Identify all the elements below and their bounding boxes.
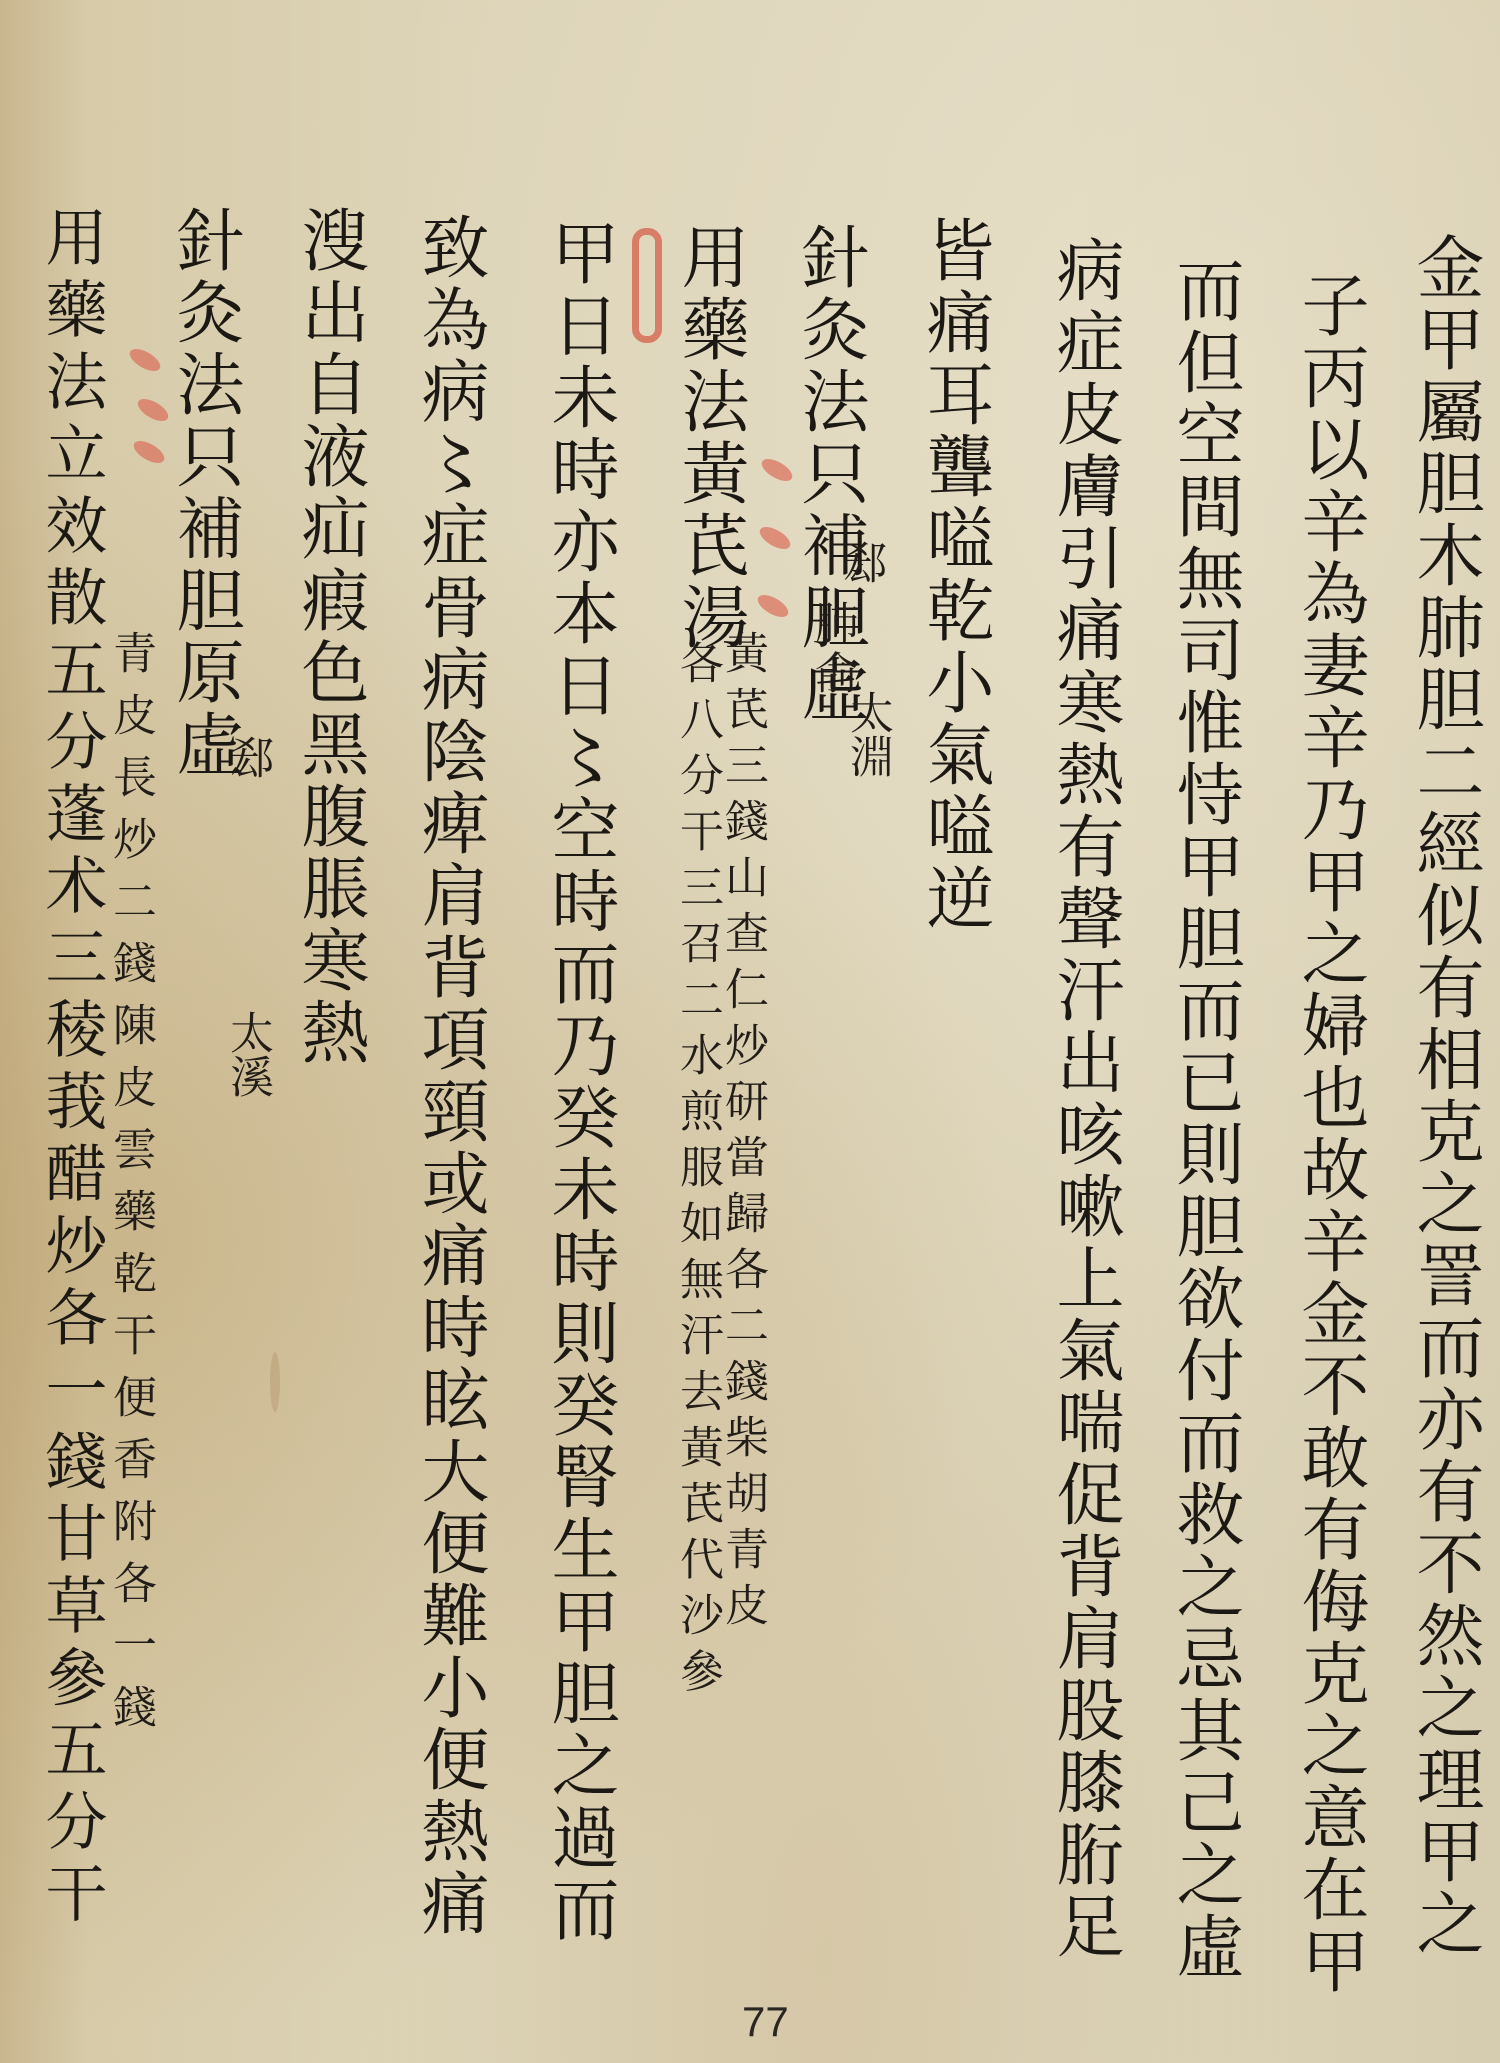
prescription-note-right: 黃芪三錢山查仁炒研當歸各二錢柴胡青皮 <box>720 630 764 1638</box>
red-seal-mark <box>632 228 662 343</box>
annotation-tai-xi: 太溪 <box>225 1010 269 1098</box>
text-column-8: 甲日未時亦本日〻空時而乃癸未時則癸腎生甲胆之過而 <box>545 218 613 1946</box>
text-column-4: 病症皮膚引痛寒熱有聲汗出咳嗽上氣喘促背肩股膝胻足 <box>1050 235 1118 1963</box>
red-punctuation-mark <box>754 591 791 622</box>
manuscript-page: 金甲屬胆木肺胆二經似有相克之詈而亦有不然之理甲之 子丙以辛為妻辛乃甲之婦也故辛金… <box>0 0 1500 2063</box>
text-column-1: 金甲屬胆木肺胆二經似有相克之詈而亦有不然之理甲之 <box>1410 232 1478 1960</box>
prescription-note-col12: 青皮長炒二錢陳皮雲藥乾干便香附各一錢 <box>108 630 152 1746</box>
text-column-9: 致為病〻症骨病陰痺肩背項頸或痛時眩大便難小便熱痛 <box>415 212 483 1940</box>
red-punctuation-mark <box>126 345 163 376</box>
annotation-xi-2: 郄 <box>225 735 269 779</box>
text-column-10: 溲出自液疝瘕色黑腹脹寒熱 <box>295 205 363 1069</box>
annotation-fei-shu: 肺俞 <box>810 600 854 700</box>
text-column-2: 子丙以辛為妻辛乃甲之婦也故辛金不敢有侮克之意在甲 <box>1295 270 1363 1998</box>
prescription-note-left: 各八分干三召二水煎服如無汗去黃芪代沙參 <box>675 640 719 1704</box>
text-column-7: 用藥法黃芪湯 <box>675 222 743 654</box>
text-column-5: 皆痛耳聾嗌乾小氣嗌逆 <box>920 215 988 935</box>
text-column-11: 針灸法只補胆原虛 <box>170 205 238 781</box>
red-punctuation-mark <box>756 523 793 554</box>
paper-stain <box>270 1352 280 1412</box>
annotation-xi: 郄 <box>838 540 882 584</box>
page-number: 77 <box>742 1998 789 2046</box>
annotation-tai-yuan: 太淵 <box>845 690 889 778</box>
text-column-12: 用藥法立效散五分蓬术三稜莪醋炒各一錢甘草參五分干 <box>40 205 102 1933</box>
red-punctuation-mark <box>130 437 167 468</box>
text-column-3: 而但空間無司惟恃甲胆而已則胆欲付而救之忌其己之虛 <box>1170 255 1238 1983</box>
